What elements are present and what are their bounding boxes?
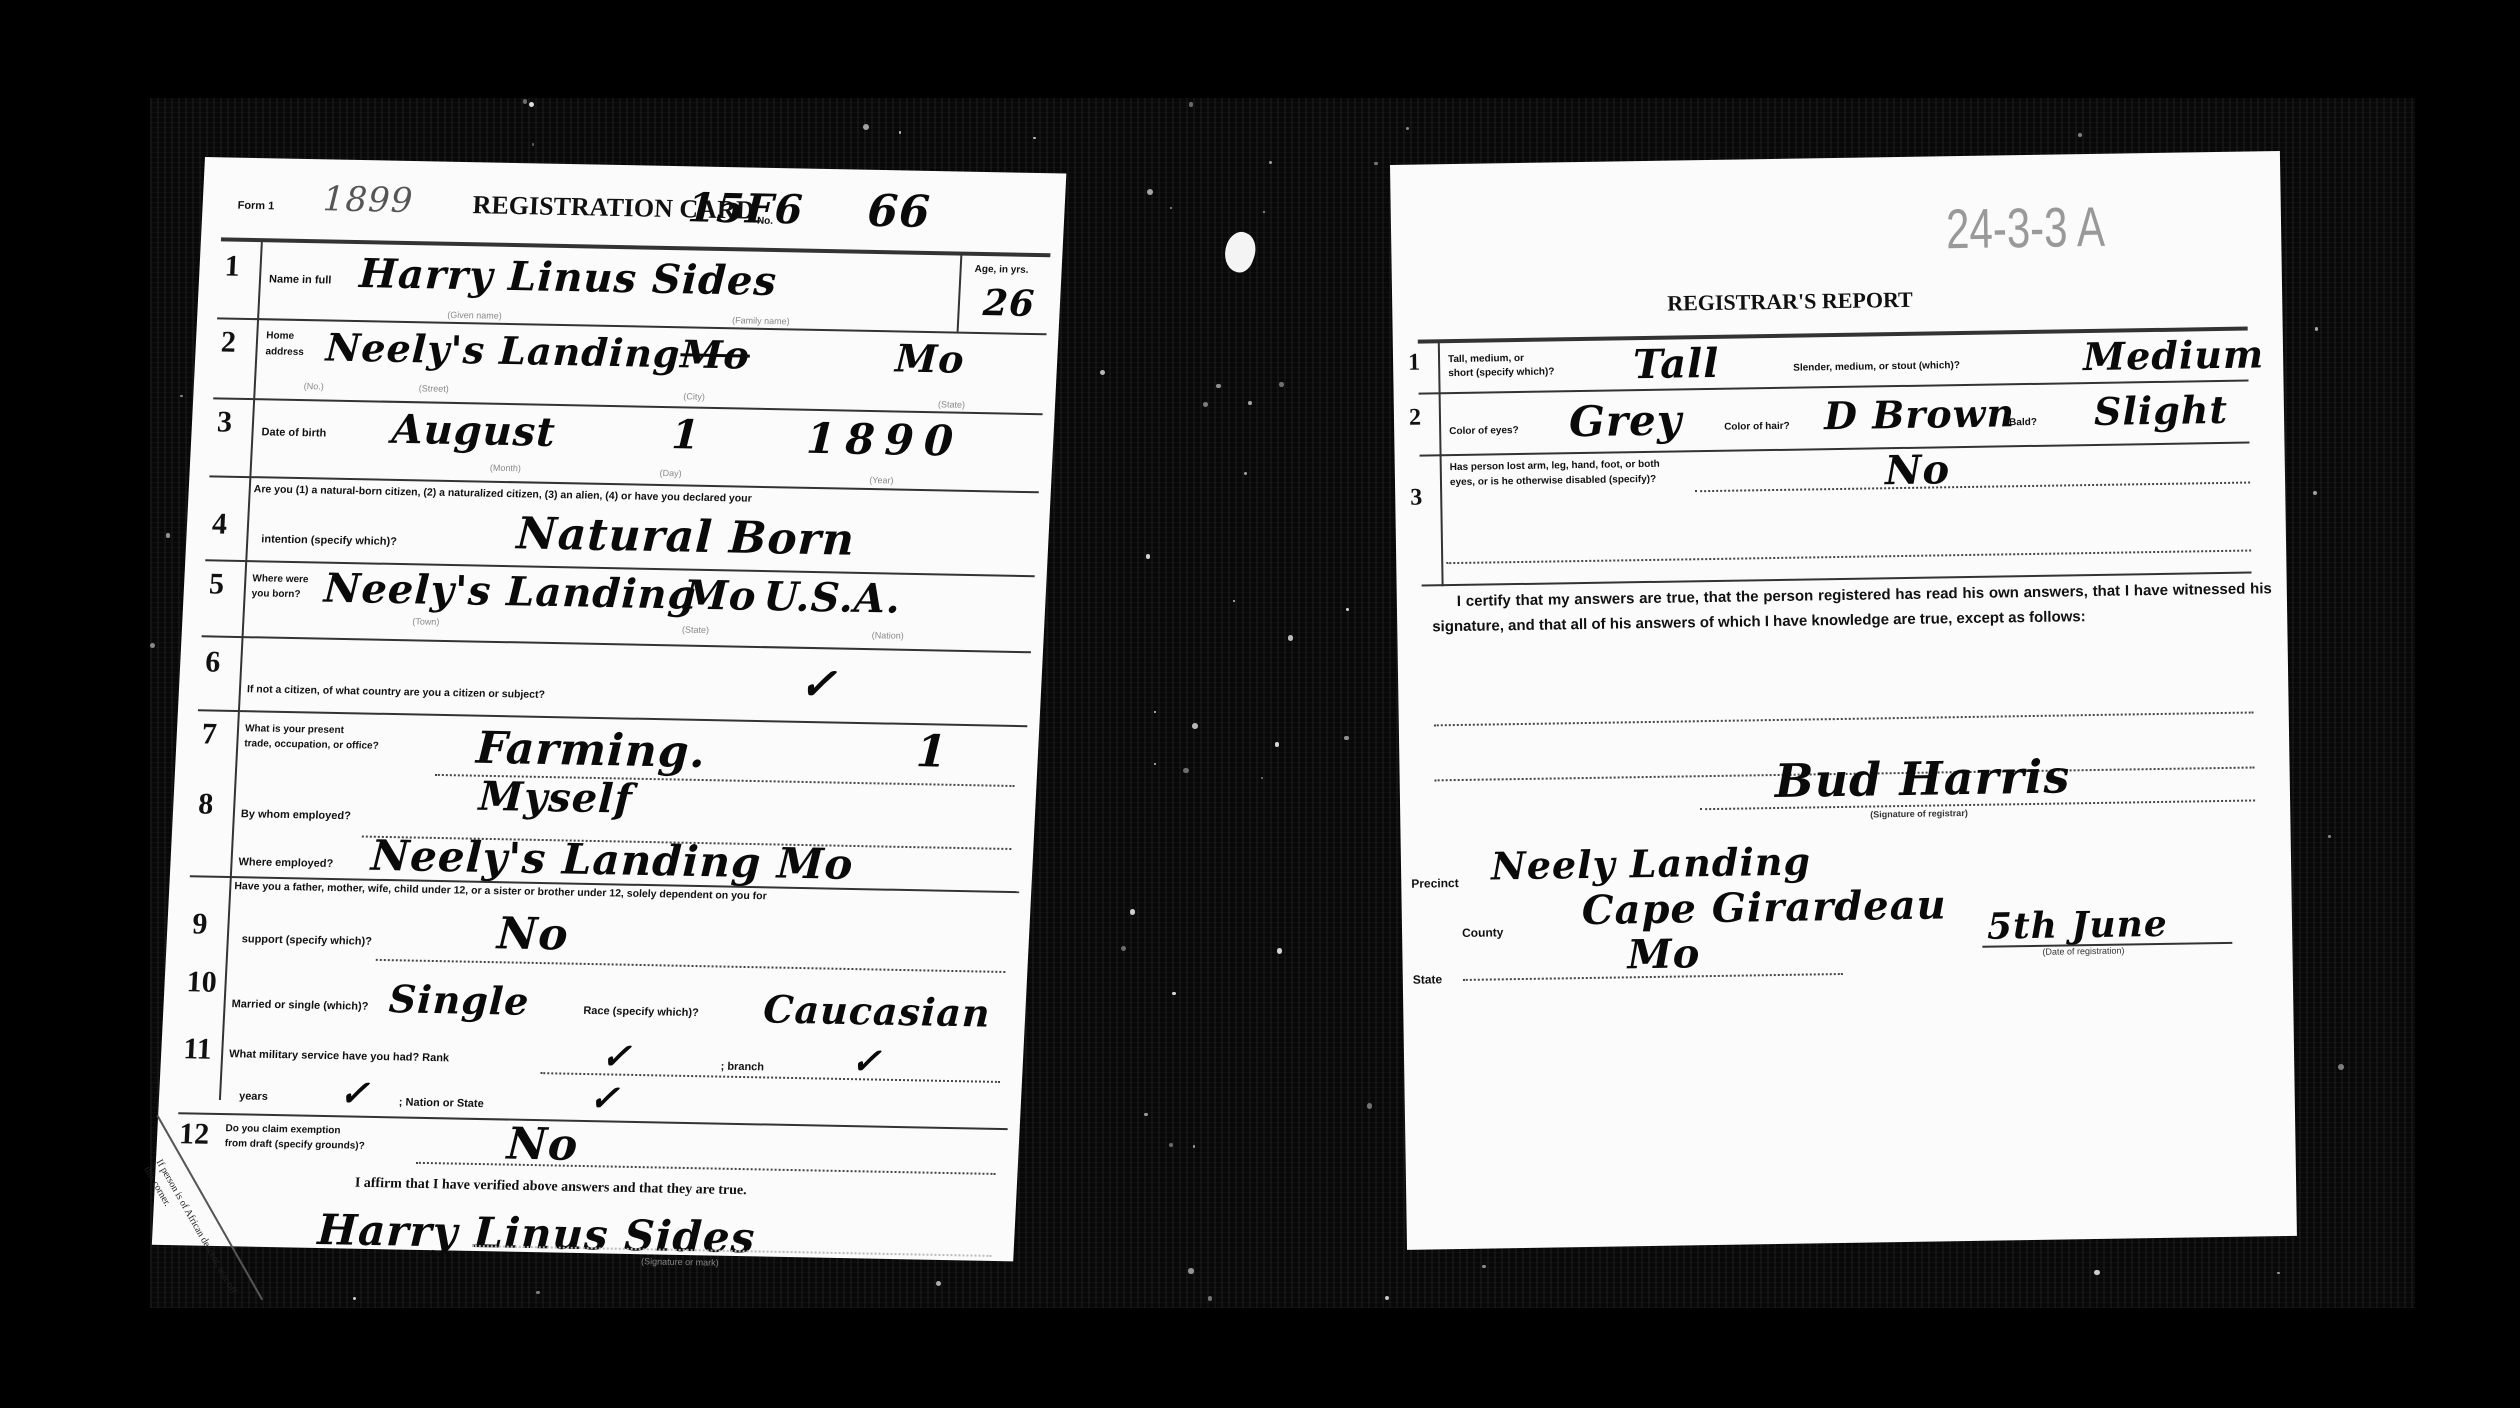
state-value: Mo bbox=[1627, 930, 1701, 978]
birth-month: August bbox=[391, 406, 557, 456]
military-branch: ✓ bbox=[850, 1040, 883, 1083]
registrars-report-card: 24-3-3 A REGISTRAR'S REPORT 1 Tall, medi… bbox=[1390, 151, 2297, 1250]
registrar-signature: Bud Harris bbox=[1774, 749, 2070, 808]
foreign-citizenship: ✓ bbox=[798, 659, 838, 711]
birth-year: 1890 bbox=[805, 414, 964, 466]
report-title: REGISTRAR'S REPORT bbox=[1667, 287, 1913, 317]
employer: Myself bbox=[478, 773, 634, 823]
age-label: Age, in yrs. bbox=[974, 264, 1028, 276]
dependents: No bbox=[496, 908, 570, 960]
home-street: Neely's Landing bbox=[325, 324, 682, 376]
county-value: Cape Girardeau bbox=[1581, 881, 1947, 934]
height-value: Tall bbox=[1633, 340, 1720, 388]
precinct-value: Neely Landing bbox=[1491, 838, 1812, 888]
registration-card-front: Form 1 1899 REGISTRATION CARD 15F6 No. 6… bbox=[152, 157, 1067, 1261]
race: Caucasian bbox=[762, 986, 991, 1035]
home-state: Mo bbox=[894, 335, 966, 381]
name-label: Name in full bbox=[269, 273, 332, 286]
baldness: Slight bbox=[2094, 387, 2229, 434]
military-nation: ✓ bbox=[588, 1077, 621, 1120]
serial-number: 1899 bbox=[322, 179, 414, 221]
military-rank: ✓ bbox=[600, 1035, 633, 1078]
build-value: Medium bbox=[2083, 331, 2265, 379]
birthplace-town: Neely's Landing bbox=[323, 565, 698, 619]
eye-color: Grey bbox=[1569, 395, 1683, 446]
affirmation: I affirm that I have verified above answ… bbox=[354, 1176, 747, 1200]
age-value: 26 bbox=[982, 282, 1036, 325]
card-number: 66 bbox=[866, 186, 932, 238]
registration-date: 5th June bbox=[1987, 903, 2168, 948]
file-stamp: 24-3-3 A bbox=[1946, 194, 2106, 261]
no-label: No. bbox=[757, 216, 774, 227]
marital-status: Single bbox=[388, 976, 531, 1024]
home-city: Mo bbox=[679, 331, 751, 377]
occupation-mark: 1 bbox=[915, 726, 949, 778]
birthplace-state: Mo bbox=[683, 572, 758, 620]
registrant-signature: Harry Linus Sides bbox=[316, 1205, 756, 1262]
registration-number: 15F6 bbox=[686, 184, 804, 233]
citizenship-status: Natural Born bbox=[515, 508, 856, 565]
occupation: Farming. bbox=[475, 723, 707, 778]
birth-day: 1 bbox=[670, 411, 701, 459]
form-label: Form 1 bbox=[237, 200, 274, 213]
hair-color: D Brown bbox=[1824, 390, 2016, 438]
full-name: Harry Linus Sides bbox=[358, 250, 778, 305]
registrar-certification: I certify that my answers are true, that… bbox=[1432, 576, 2273, 639]
military-years: ✓ bbox=[338, 1072, 371, 1115]
birthplace-nation: U.S.A. bbox=[762, 573, 902, 623]
